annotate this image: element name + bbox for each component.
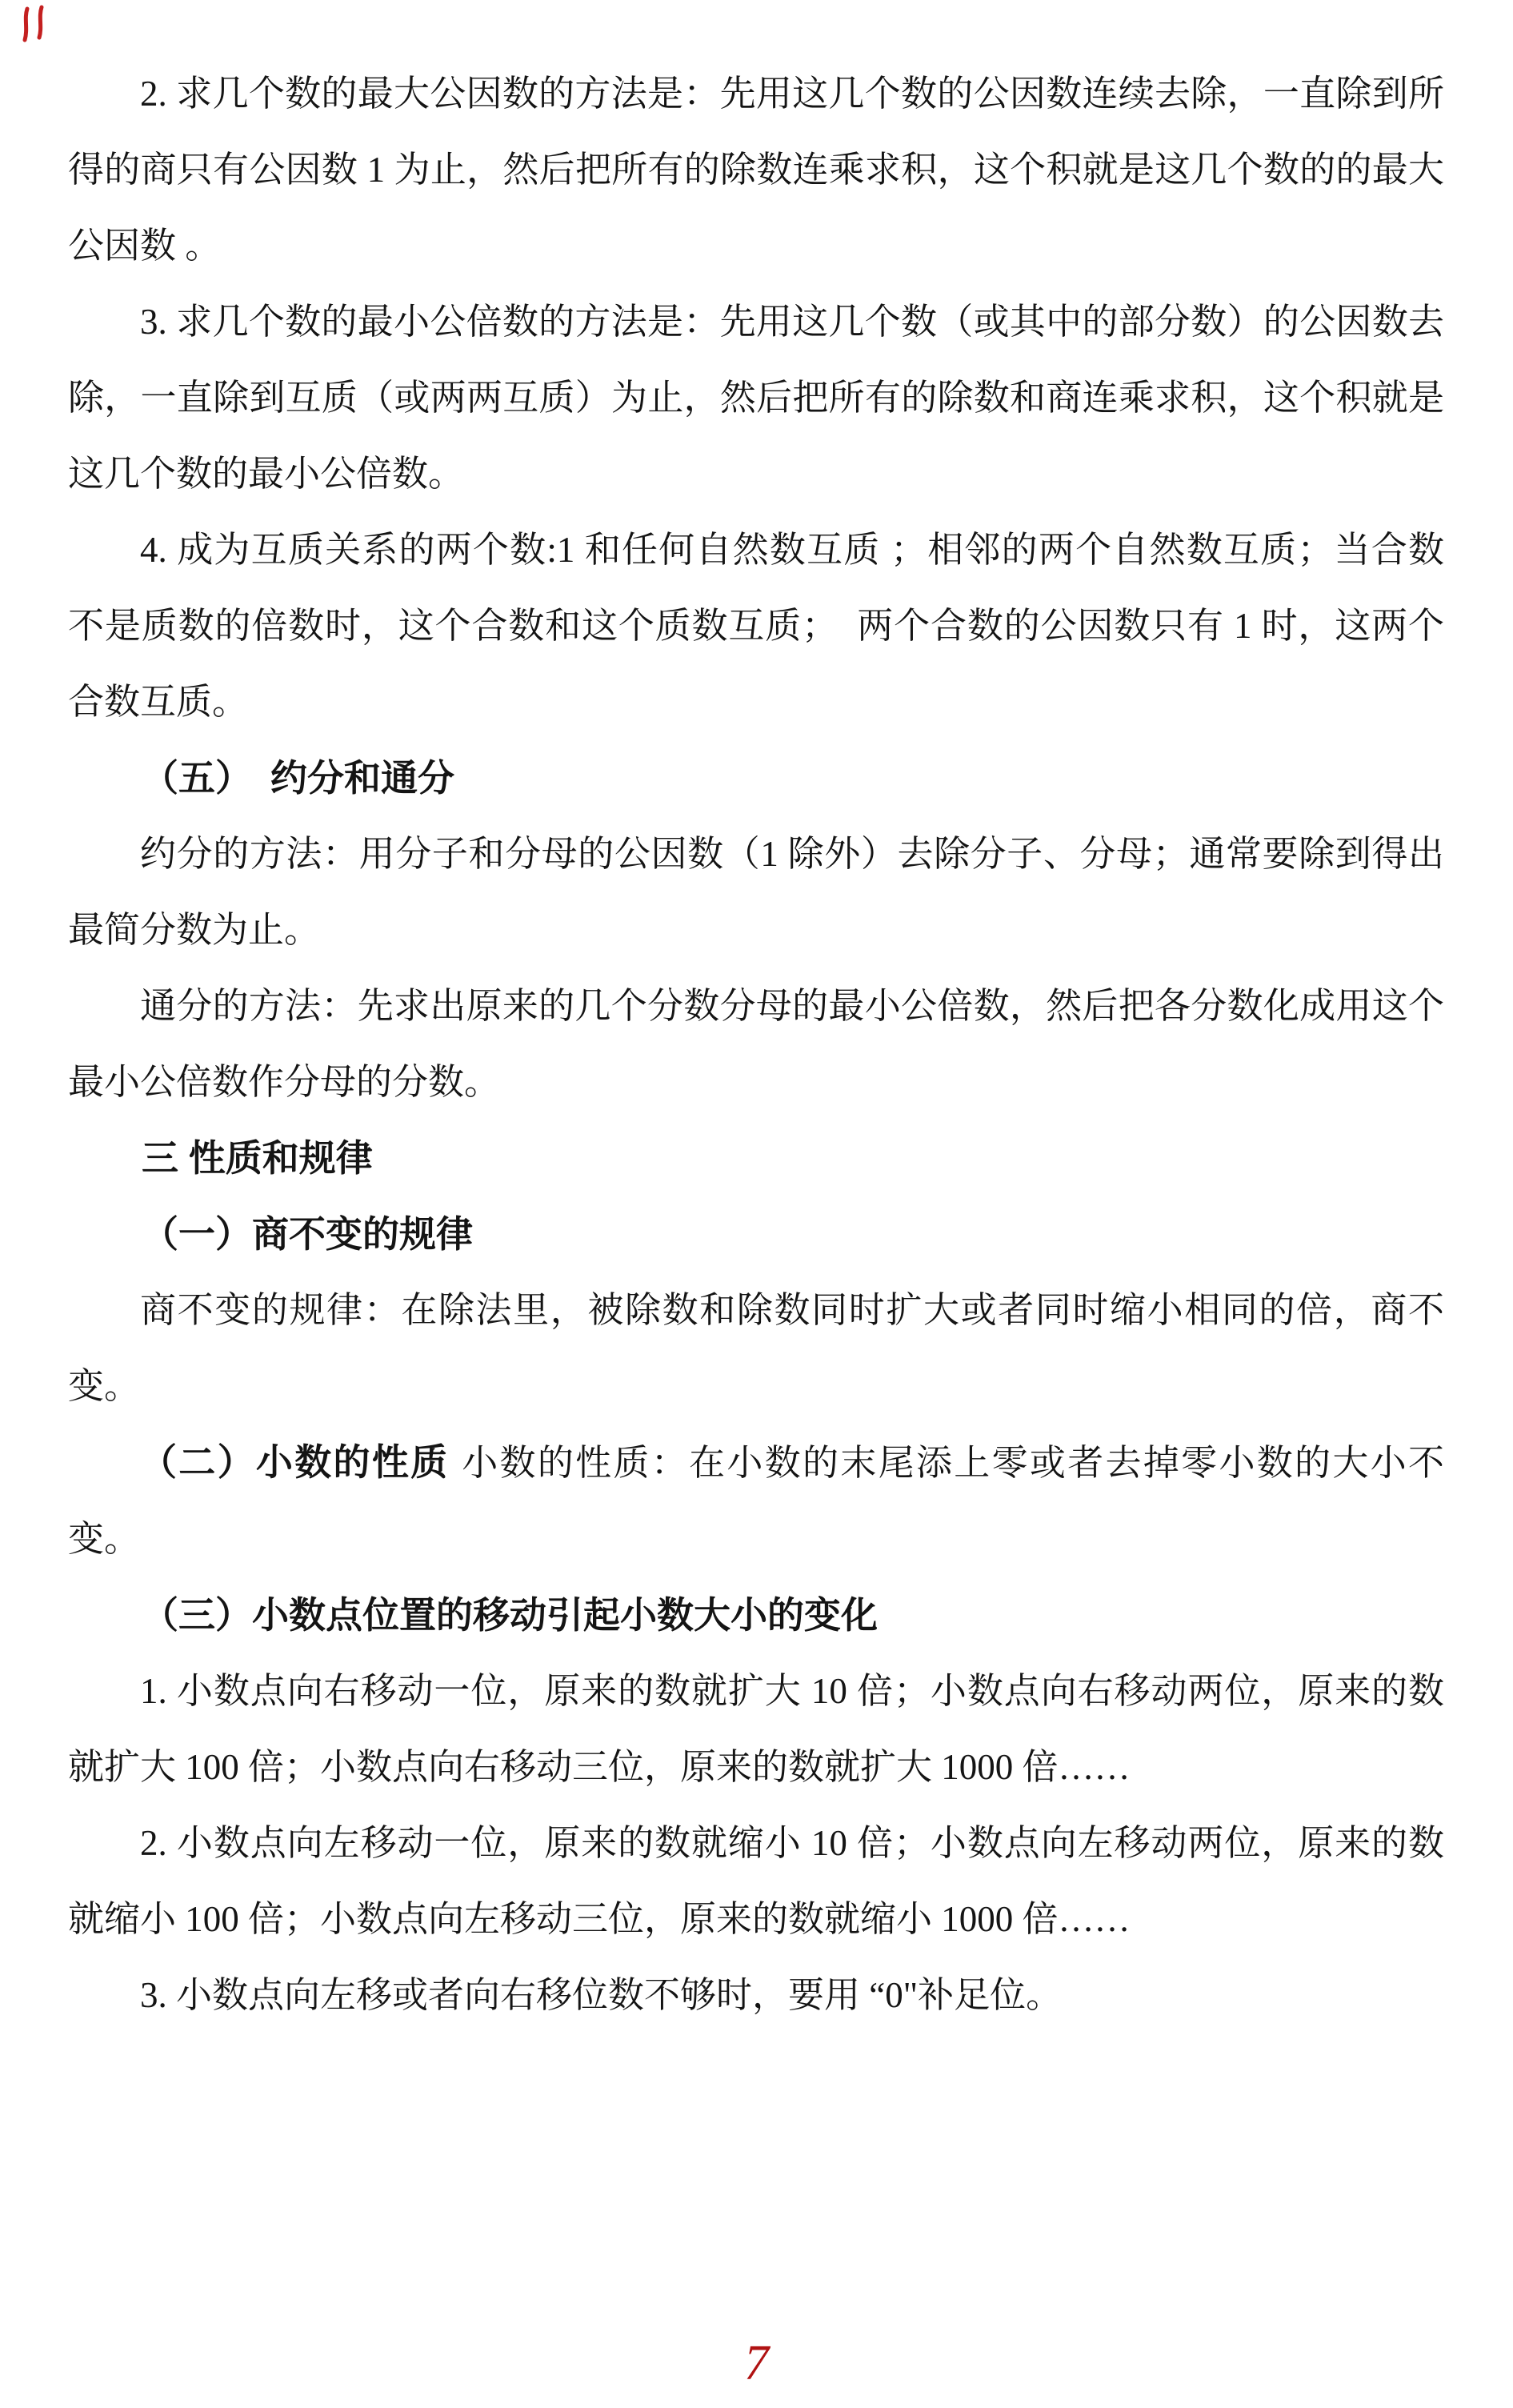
document-page: 2. 求几个数的最大公因数的方法是：先用这几个数的公因数连续去除，一直除到所得的… [68,56,1444,2033]
paragraph-coprime-pairs: 4. 成为互质关系的两个数:1 和任何自然数互质 ；相邻的两个自然数互质；当合数… [68,512,1444,740]
heading-decimal-property-inline: （二）小数的性质 [140,1441,449,1483]
paragraph-move-right: 1. 小数点向右移动一位，原来的数就扩大 10 倍；小数点向右移动两位，原来的数… [68,1653,1444,1805]
paragraph-common-denominator-method: 通分的方法：先求出原来的几个分数分母的最小公倍数，然后把各分数化成用这个最小公倍… [68,968,1444,1120]
paragraph-move-left: 2. 小数点向左移动一位，原来的数就缩小 10 倍；小数点向左移动两位，原来的数… [68,1805,1444,1957]
heading-decimal-point-movement: （三）小数点位置的移动引起小数大小的变化 [68,1577,1444,1653]
paragraph-decimal-property: （二）小数的性质小数的性质：在小数的末尾添上零或者去掉零小数的大小不变。 [68,1424,1444,1577]
heading-invariant-quotient-rule: （一）商不变的规律 [68,1196,1444,1272]
page-number: 7 [0,2335,1513,2391]
paragraph-invariant-quotient-rule: 商不变的规律：在除法里，被除数和除数同时扩大或者同时缩小相同的倍，商不变。 [68,1272,1444,1424]
heading-reduce-and-common-denominator: （五） 约分和通分 [68,740,1444,816]
heading-properties-and-rules: 三 性质和规律 [68,1120,1444,1196]
paragraph-gcd-method: 2. 求几个数的最大公因数的方法是：先用这几个数的公因数连续去除，一直除到所得的… [68,56,1444,284]
red-pen-mark-icon [21,5,53,45]
paragraph-reduce-method: 约分的方法：用分子和分母的公因数（1 除外）去除分子、分母；通常要除到得出最简分… [68,816,1444,968]
paragraph-lcm-method: 3. 求几个数的最小公倍数的方法是：先用这几个数（或其中的部分数）的公因数去除，… [68,284,1444,512]
paragraph-pad-zero: 3. 小数点向左移或者向右移位数不够时，要用 “0"补足位。 [68,1957,1444,2033]
